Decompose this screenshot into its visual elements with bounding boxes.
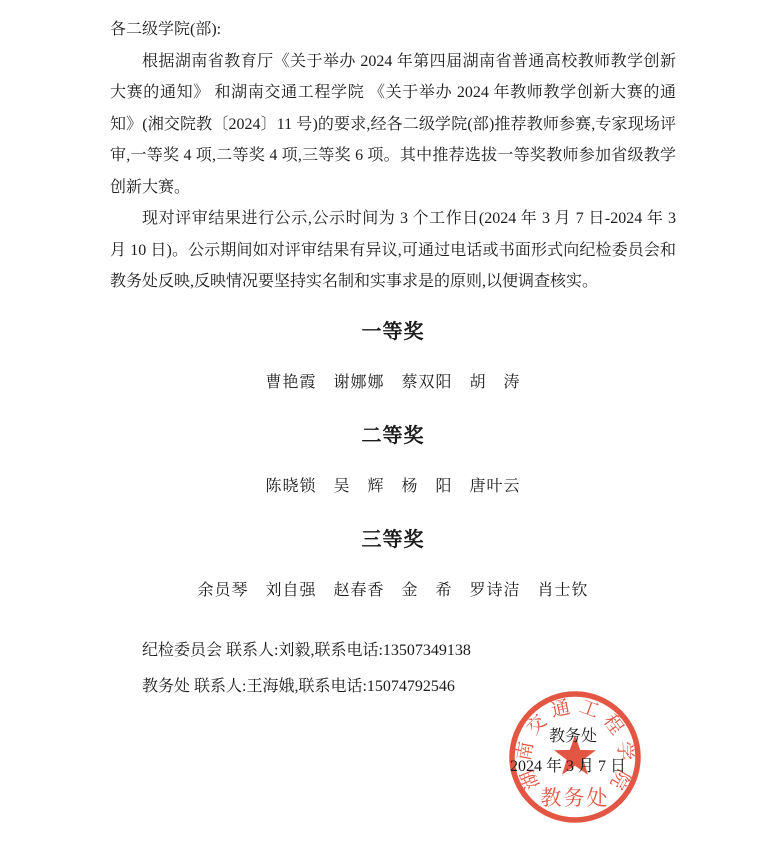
signature-block: 教务处 2024 年 3 月 7 日 [503, 722, 633, 782]
award-names-second-prize: 陈晓锁 吴 辉 杨 阳 唐叶云 [110, 478, 676, 496]
contact-line-discipline-committee: 纪检委员会 联系人:刘毅,联系电话:13507349138 [142, 633, 676, 669]
award-title-third-prize: 三等奖 [110, 529, 676, 551]
award-title-first-prize: 一等奖 [110, 321, 676, 343]
salutation: 各二级学院(部): [110, 14, 676, 46]
award-names-third-prize: 余员琴 刘自强 赵春香 金 希 罗诗洁 肖士钦 [110, 582, 676, 600]
award-section-first-prize: 一等奖 曹艳霞 谢娜娜 蔡双阳 胡 涛 [110, 321, 676, 392]
award-title-second-prize: 二等奖 [110, 425, 676, 447]
signature-department: 教务处 [503, 722, 633, 752]
document-body: 各二级学院(部): 根据湖南省教育厅《关于举办 2024 年第四届湖南省普通高校… [0, 0, 779, 705]
page: { "page": { "background": "#ffffff", "te… [0, 0, 779, 844]
award-section-third-prize: 三等奖 余员琴 刘自强 赵春香 金 希 罗诗洁 肖士钦 [110, 529, 676, 600]
paragraph-announcement: 根据湖南省教育厅《关于举办 2024 年第四届湖南省普通高校教师教学创新大赛的通… [110, 46, 676, 204]
signature-date: 2024 年 3 月 7 日 [503, 752, 633, 782]
award-names-first-prize: 曹艳霞 谢娜娜 蔡双阳 胡 涛 [110, 374, 676, 392]
award-section-second-prize: 二等奖 陈晓锁 吴 辉 杨 阳 唐叶云 [110, 425, 676, 496]
seal-bottom-label: 教务处 [541, 786, 610, 810]
paragraph-publicity-period: 现对评审结果进行公示,公示时间为 3 个工作日(2024 年 3 月 7 日-2… [110, 203, 676, 298]
